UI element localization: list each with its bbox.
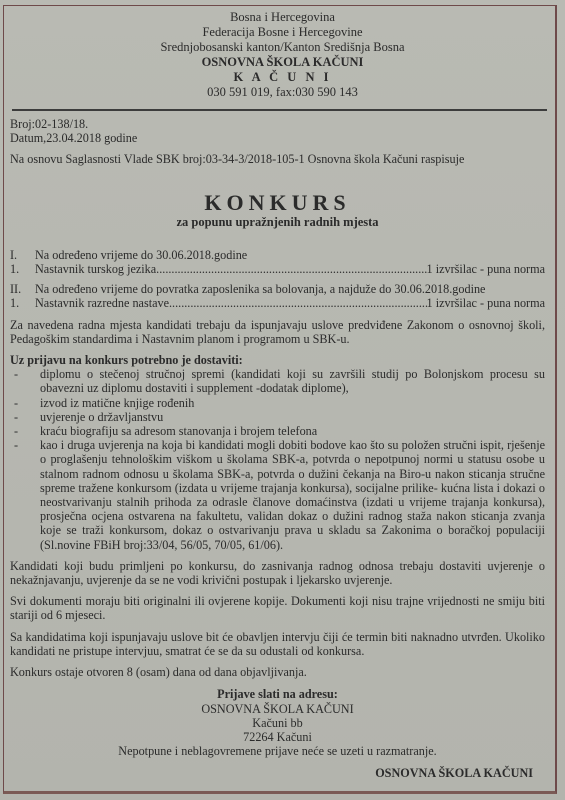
address-name: OSNOVNA ŠKOLA KAČUNI	[10, 702, 545, 716]
document-subtitle: za popunu upražnjenih radnih mjesta	[10, 215, 545, 229]
address-heading: Prijave slati na adresu:	[10, 687, 545, 701]
position-quota: 1 izvršilac - puna norma	[427, 296, 545, 310]
documents-list: -diplomu o stečenoj stručnoj spremi (kan…	[10, 367, 545, 552]
paragraph-documents-validity: Svi dokumenti moraju biti originalni ili…	[10, 594, 545, 622]
section-numeral: II.	[10, 282, 35, 296]
list-item: -izvod iz matične knjige rođenih	[10, 396, 545, 410]
document-title: KONKURS	[10, 191, 545, 215]
address-street: Kačuni bb	[10, 716, 545, 730]
position-title: Nastavnik turskog jezika	[35, 262, 156, 276]
paragraph-open-period: Konkurs ostaje otvoren 8 (osam) dana od …	[10, 665, 545, 679]
position-title: Nastavnik razredne nastave	[35, 296, 169, 310]
federation-line: Federacija Bosne i Hercegovine	[0, 25, 565, 40]
position-number: 1.	[10, 296, 35, 310]
country-line: Bosna i Hercegovina	[0, 10, 565, 25]
conditions-paragraph: Za navedena radna mjesta kandidati treba…	[10, 318, 545, 346]
section-numeral: I.	[10, 248, 35, 262]
intro-text: Na osnovu Saglasnosti Vlade SBK broj:03-…	[10, 152, 545, 166]
letterhead: Bosna i Hercegovina Federacija Bosne i H…	[0, 10, 565, 100]
position-quota: 1 izvršilac - puna norma	[427, 262, 545, 276]
reference-number: Broj:02-138/18.	[10, 117, 545, 131]
section-2: II. Na određeno vrijeme do povratka zapo…	[10, 282, 545, 310]
paragraph-selected-candidates: Kandidati koji budu primljeni po konkurs…	[10, 559, 545, 587]
position-number: 1.	[10, 262, 35, 276]
section-1: I. Na određeno vrijeme do 30.06.2018.god…	[10, 248, 545, 276]
section-heading: Na određeno vrijeme do povratka zaposlen…	[35, 282, 485, 296]
document-page: Bosna i Hercegovina Federacija Bosne i H…	[0, 0, 565, 800]
school-place: K A Č U N I	[0, 70, 565, 85]
list-item: -diplomu o stečenoj stručnoj spremi (kan…	[10, 367, 545, 395]
list-item: -kraću biografiju sa adresom stanovanja …	[10, 424, 545, 438]
reference-date: Datum,23.04.2018 godine	[10, 131, 545, 145]
dot-leader	[156, 262, 426, 276]
section-heading: Na određeno vrijeme do 30.06.2018.godine	[35, 248, 247, 262]
list-item: -kao i druga uvjerenja na koja bi kandid…	[10, 438, 545, 552]
header-divider	[12, 109, 547, 111]
list-item: -uvjerenje o državljanstvu	[10, 410, 545, 424]
paragraph-interview: Sa kandidatima koji ispunjavaju uslove b…	[10, 630, 545, 658]
document-body: Broj:02-138/18. Datum,23.04.2018 godine …	[10, 115, 545, 781]
address-note: Nepotpune i neblagovremene prijave neće …	[10, 744, 545, 758]
signature: OSNOVNA ŠKOLA KAČUNI	[10, 766, 545, 780]
address-block: Prijave slati na adresu: OSNOVNA ŠKOLA K…	[10, 687, 545, 758]
contact-phone: 030 591 019, fax:030 590 143	[0, 85, 565, 100]
canton-line: Srednjobosanski kanton/Kanton Središnja …	[0, 40, 565, 55]
address-city: 72264 Kačuni	[10, 730, 545, 744]
school-name: OSNOVNA ŠKOLA KAČUNI	[0, 55, 565, 70]
dot-leader	[169, 296, 427, 310]
documents-heading: Uz prijavu na konkurs potrebno je dostav…	[10, 353, 545, 367]
